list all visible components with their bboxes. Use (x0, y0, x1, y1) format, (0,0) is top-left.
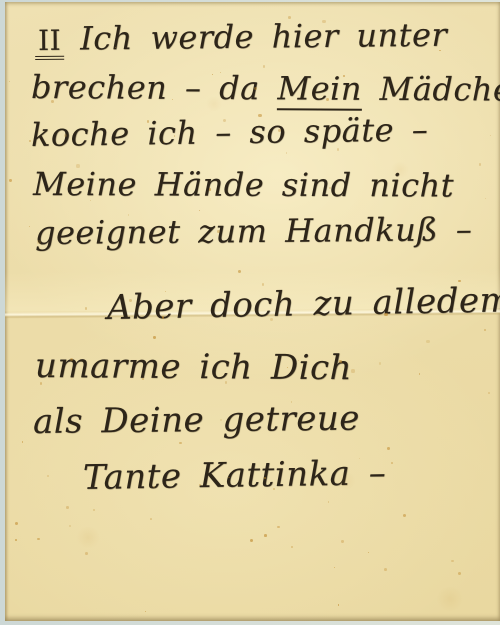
foxing-dot (458, 572, 461, 575)
foxing-dot (451, 560, 454, 563)
page-number-mark: II (35, 27, 64, 60)
foxing-dot (69, 525, 72, 528)
foxing-dot (150, 518, 152, 520)
foxing-dot (484, 329, 486, 331)
handwriting-line-1: IIIch werde hier unter (35, 16, 448, 60)
handwriting-line-7: umarme ich Dich (35, 346, 352, 388)
handwriting-text: brechen – da (31, 68, 278, 107)
handwriting-text: umarme ich Dich (35, 346, 352, 388)
handwriting-line-5: geeignet zum Handkuß – (35, 210, 473, 252)
foxing-dot (93, 509, 95, 511)
handwriting-text: koche ich – so späte – (31, 110, 429, 154)
handwriting-text: Mädchen (362, 70, 500, 109)
foxing-dot (426, 340, 429, 343)
foxing-dot (488, 392, 490, 394)
handwriting-line-3: koche ich – so späte – (31, 110, 429, 154)
handwriting-line-8: als Deine getreue (33, 399, 360, 442)
foxing-dot (419, 373, 420, 374)
handwriting-text: Aber doch zu alledem (107, 280, 500, 328)
letter-paper: IIIch werde hier unter brechen – da Mein… (5, 2, 500, 621)
foxing-dot (264, 534, 267, 537)
signature-line: Tante Kattinka – (83, 453, 387, 498)
foxing-dot (179, 442, 181, 444)
foxing-dot (391, 462, 393, 464)
foxing-dot (145, 611, 146, 612)
foxing-dot (22, 441, 23, 442)
foxing-dot (250, 539, 253, 542)
handwriting-text: als Deine getreue (33, 399, 360, 442)
foxing-dot (199, 210, 200, 211)
handwriting-line-2: brechen – da Mein Mädchen (31, 68, 500, 109)
age-blotch (435, 587, 465, 611)
handwriting-text: geeignet zum Handkuß – (35, 210, 473, 252)
foxing-dot (379, 362, 381, 364)
underlined-word: Mein (277, 69, 362, 110)
foxing-dot (485, 198, 486, 199)
foxing-dot (47, 475, 49, 477)
foxing-dot (341, 540, 343, 542)
foxing-dot (479, 163, 482, 166)
age-blotch (75, 527, 101, 548)
foxing-dot (85, 552, 88, 555)
foxing-dot (37, 538, 39, 540)
handwriting-text: Ich werde hier unter (80, 16, 448, 58)
foxing-dot (277, 526, 280, 529)
foxing-dot (263, 65, 265, 67)
handwriting-text: Meine Hände sind nicht (33, 165, 454, 204)
foxing-dot (384, 568, 387, 571)
foxing-dot (403, 514, 406, 517)
scanned-letter-page: IIIch werde hier unter brechen – da Mein… (0, 0, 500, 625)
signature-text: Tante Kattinka – (83, 453, 387, 498)
foxing-dot (29, 226, 30, 227)
foxing-dot (286, 152, 288, 154)
foxing-dot (9, 81, 10, 82)
foxing-dot (387, 447, 390, 450)
foxing-dot (328, 501, 329, 502)
foxing-dot (9, 179, 11, 181)
foxing-dot (66, 506, 69, 509)
foxing-dot (15, 522, 18, 525)
foxing-dot (368, 552, 370, 554)
foxing-dot (153, 336, 155, 338)
foxing-dot (334, 567, 335, 568)
foxing-dot (291, 546, 293, 548)
foxing-dot (338, 604, 340, 606)
foxing-dot (490, 135, 491, 136)
handwriting-line-6: Aber doch zu alledem (107, 280, 500, 328)
foxing-dot (15, 539, 17, 541)
handwriting-line-4: Meine Hände sind nicht (33, 165, 454, 204)
